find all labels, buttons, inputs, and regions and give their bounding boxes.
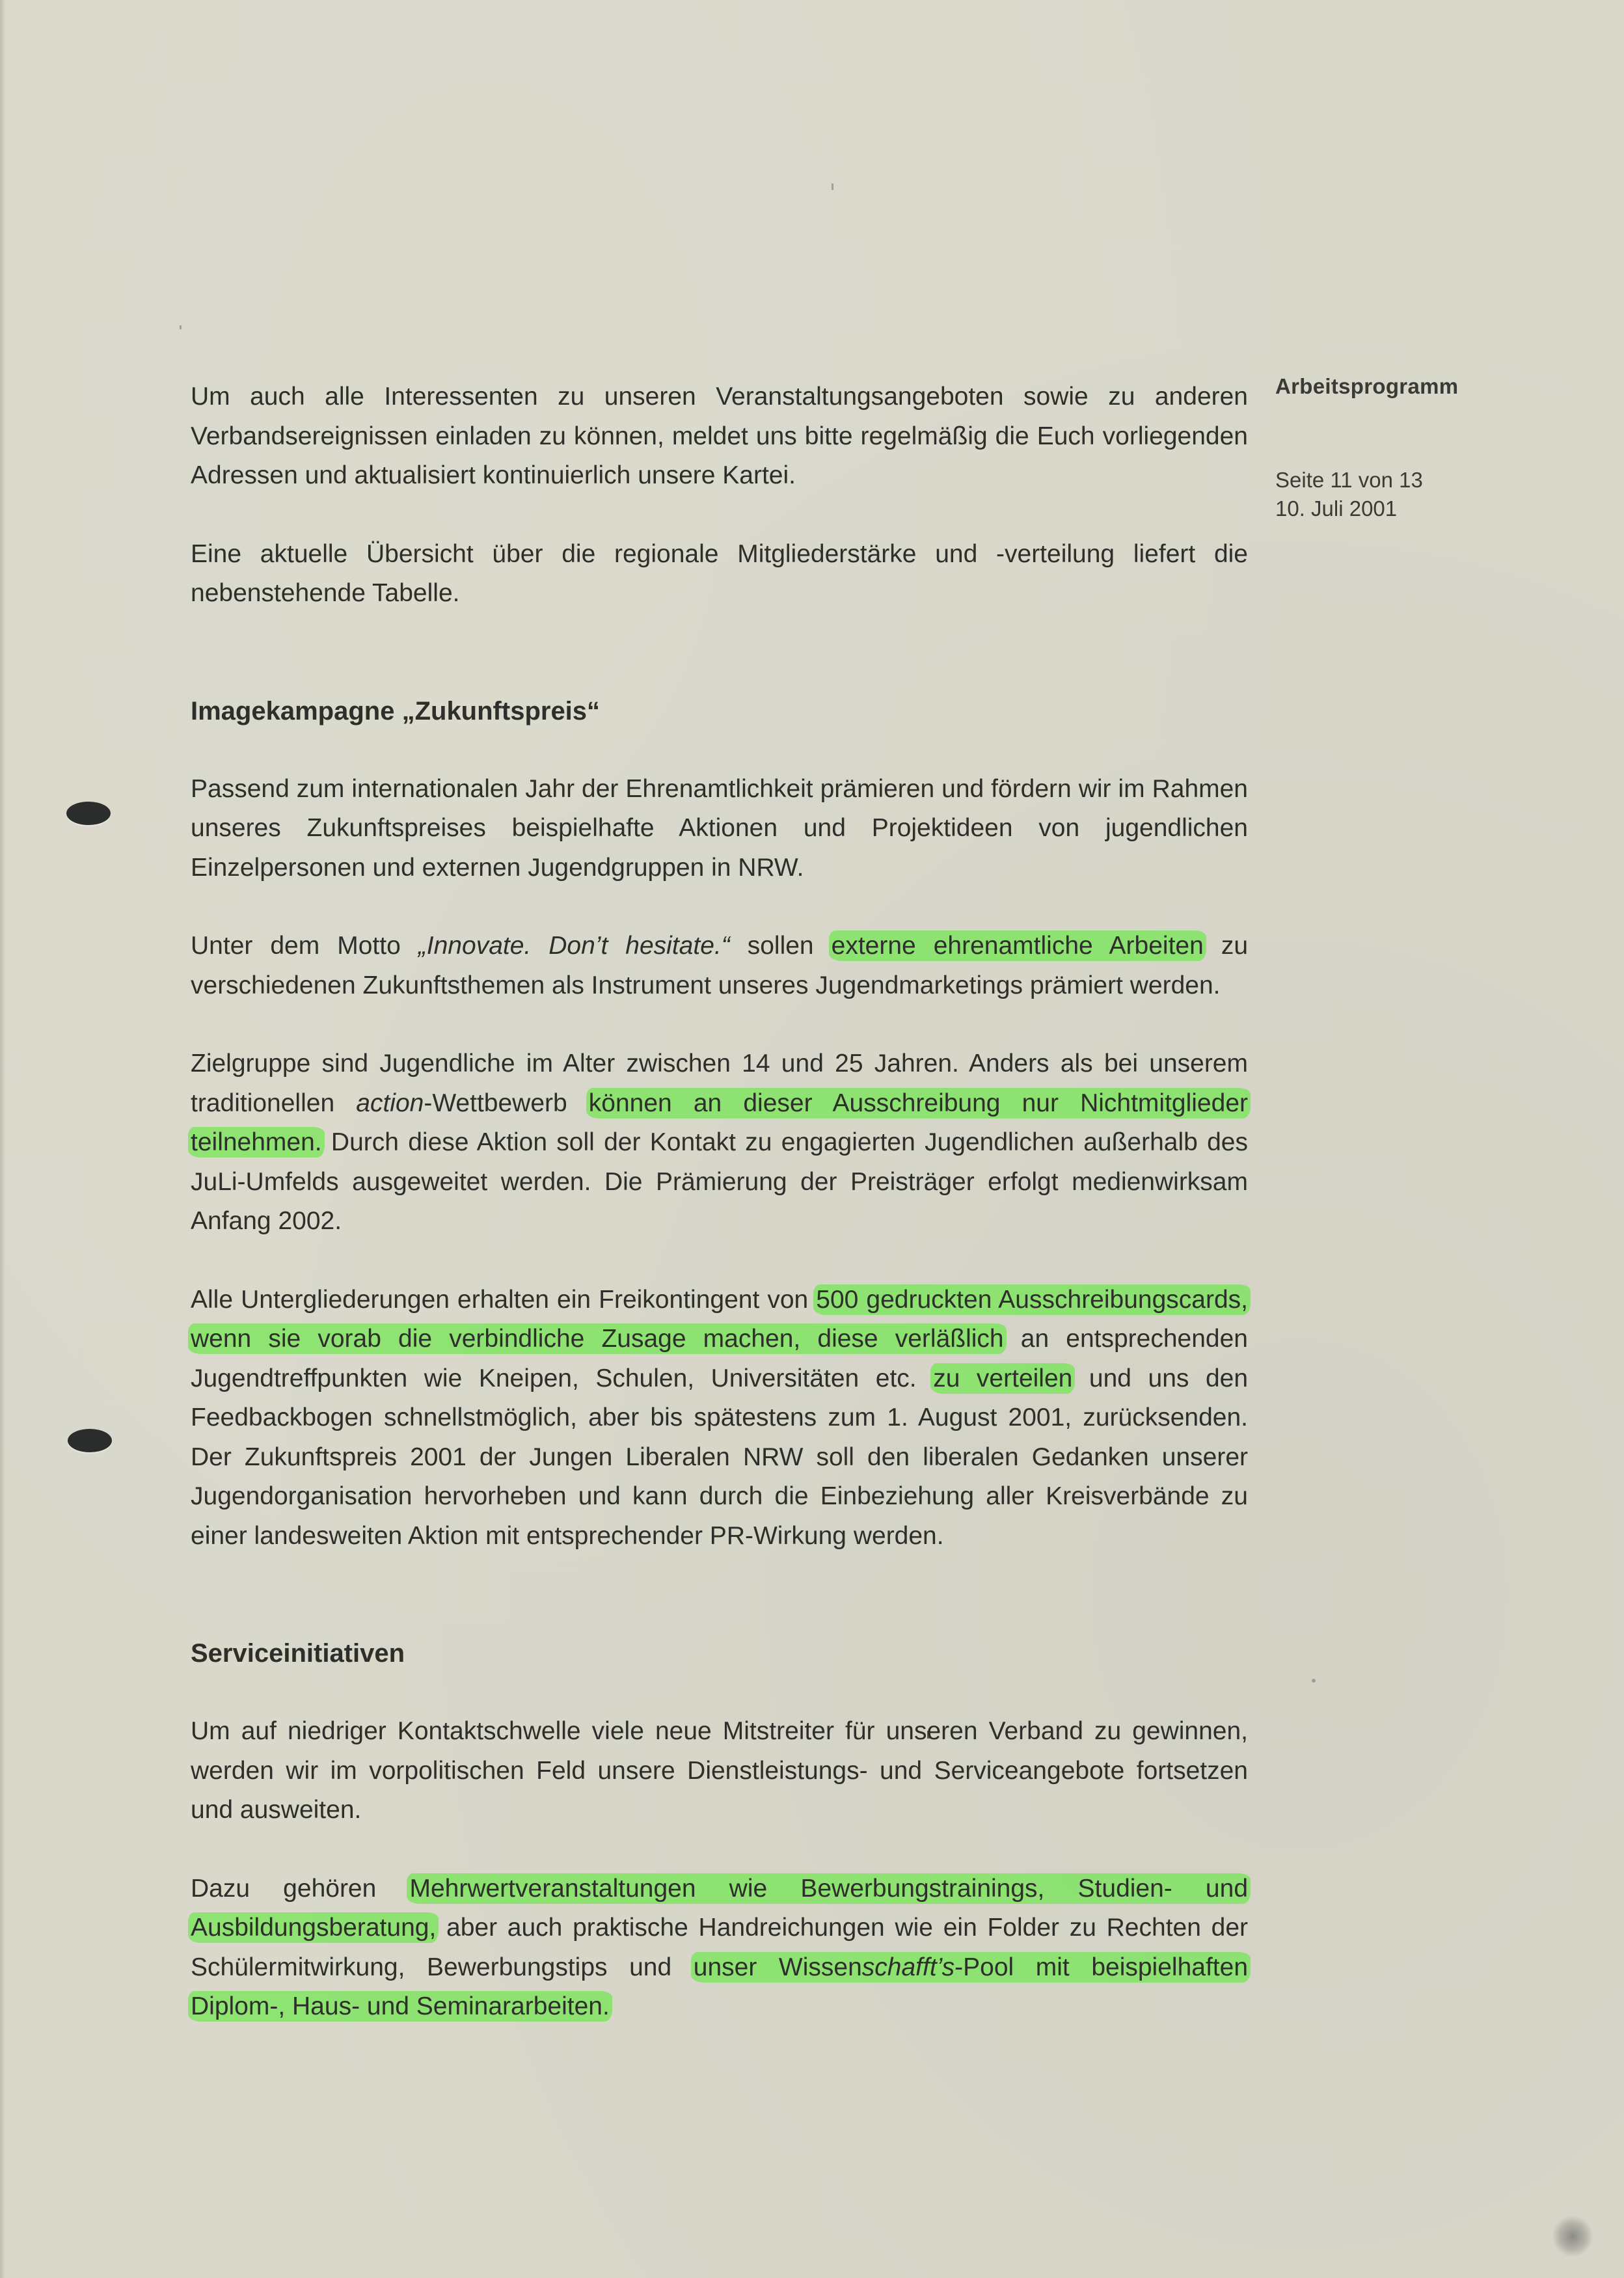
text-run: Durch diese Aktion soll der Kontakt zu e… (191, 1128, 1248, 1235)
paragraph-service-2: Dazu gehören Mehrwertveranstaltungen wie… (191, 1869, 1248, 2027)
text-run: -Wettbewerb (424, 1089, 588, 1117)
document-meta: Arbeitsprogramm Seite 11 von 13 10. Juli… (1275, 372, 1458, 523)
paper-fleck (1312, 1679, 1316, 1683)
text-run: Dazu gehören (191, 1875, 409, 1903)
document-title: Arbeitsprogramm (1275, 372, 1458, 401)
italic-text: schafft’s (862, 1953, 954, 1981)
paragraph-service-1: Um auf niedriger Kontaktschwelle viele n… (191, 1712, 1248, 1830)
motto-text: „Innovate. Don’t hesitate.“ (418, 932, 730, 960)
text-run: Alle Untergliederungen erhalten ein Frei… (191, 1286, 816, 1314)
highlighted-text: externe ehrenamtliche Arbeiten (829, 930, 1206, 961)
text-run: sollen (730, 932, 832, 960)
heading-serviceinitiativen: Serviceinitiativen (191, 1634, 1248, 1673)
document-body: Um auch alle Interessenten zu unseren Ve… (191, 377, 1248, 2066)
ink-smudge (1552, 2216, 1593, 2257)
paragraph-zukunftspreis-4: Alle Untergliederungen erhalten ein Frei… (191, 1281, 1248, 1556)
paragraph-zukunftspreis-2: Unter dem Motto „Innovate. Don’t hesitat… (191, 927, 1248, 1005)
paragraph-intro-1: Um auch alle Interessenten zu unseren Ve… (191, 377, 1248, 496)
paragraph-zukunftspreis-1: Passend zum internationalen Jahr der Ehr… (191, 770, 1248, 888)
highlighted-text: zu verteilen (930, 1363, 1075, 1394)
scanned-page: Arbeitsprogramm Seite 11 von 13 10. Juli… (0, 0, 1624, 2278)
paper-fleck (180, 325, 182, 329)
paragraph-intro-2: Eine aktuelle Übersicht über die regiona… (191, 535, 1248, 614)
page-number: Seite 11 von 13 (1275, 466, 1458, 495)
document-date: 10. Juli 2001 (1275, 495, 1458, 523)
punch-hole-bottom (68, 1429, 112, 1452)
text-run: unser Wissen (694, 1953, 862, 1981)
punch-hole-top (66, 802, 111, 825)
text-run: Unter dem Motto (191, 932, 418, 960)
heading-imagekampagne: Imagekampagne „Zukunftspreis“ (191, 692, 1248, 731)
page-edge-shadow (0, 0, 5, 2278)
paragraph-zukunftspreis-3: Zielgruppe sind Jugendliche im Alter zwi… (191, 1044, 1248, 1241)
action-italic-text: action (356, 1089, 424, 1117)
paper-fleck (832, 183, 833, 190)
